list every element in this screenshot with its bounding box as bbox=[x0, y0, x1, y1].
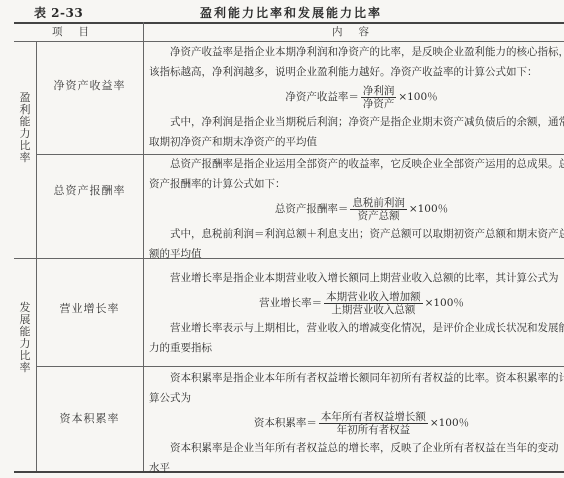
header-item: 项目 bbox=[14, 24, 143, 41]
item-roa: 总资产报酬率 bbox=[36, 182, 143, 198]
paragraph: 净资产收益率是指企业本期净利润和净资产的比率，是反映企业盈利能力的核心指标， bbox=[149, 42, 564, 62]
content-revenue-growth: 营业增长率是指企业本期营业收入增长额同上期营业收入总额的比率，其计算公式为 营业… bbox=[149, 268, 564, 358]
paragraph: 营业增长率表示与上期相比，营业收入的增减变化情况，是评价企业成长状况和发展能 bbox=[149, 318, 564, 338]
paragraph: 该指标越高，净利润越多，说明企业盈利能力越好。净资产收益率的计算公式如下： bbox=[149, 62, 564, 82]
formula: 总资产报酬率＝ 息税前利润资产总额 ×100％ bbox=[149, 194, 564, 224]
item-capital-accumulation: 资本积累率 bbox=[36, 410, 143, 426]
category-label-profitability: 盈利能力比率 bbox=[14, 92, 36, 164]
table-title: 盈利能力比率和发展能力比率 bbox=[200, 4, 382, 21]
paragraph: 算公式为 bbox=[149, 388, 564, 408]
paragraph: 资产报酬率的计算公式如下： bbox=[149, 174, 564, 194]
paragraph: 额的平均值 bbox=[149, 244, 564, 264]
row-divider bbox=[36, 366, 564, 367]
content-roe: 净资产收益率是指企业本期净利润和净资产的比率，是反映企业盈利能力的核心指标， 该… bbox=[149, 42, 564, 152]
paragraph: 式中，净利润是指企业当期税后利润；净资产是指企业期末资产减负债后的余额，通常 bbox=[149, 112, 564, 132]
formula: 营业增长率＝ 本期营业收入增加额上期营业收入总额 ×100％ bbox=[149, 288, 564, 318]
content-capital-accumulation: 资本积累率是指企业本年所有者权益增长额同年初所有者权益的比率。资本积累率的计 算… bbox=[149, 368, 564, 478]
content-roa: 总资产报酬率是指企业运用全部资产的收益率，它反映企业全部资产运用的总成果。总 资… bbox=[149, 154, 564, 264]
paragraph: 总资产报酬率是指企业运用全部资产的收益率，它反映企业全部资产运用的总成果。总 bbox=[149, 154, 564, 174]
paragraph: 水平 bbox=[149, 458, 564, 478]
header-content: 内容 bbox=[143, 24, 564, 41]
formula: 净资产收益率＝ 净利润净资产 ×100％ bbox=[149, 82, 564, 112]
table-number: 表 2-33 bbox=[34, 4, 83, 21]
category-column-divider bbox=[36, 41, 37, 471]
paragraph: 营业增长率是指企业本期营业收入增长额同上期营业收入总额的比率，其计算公式为 bbox=[149, 268, 564, 288]
table-caption: 表 2-33 盈利能力比率和发展能力比率 bbox=[0, 4, 564, 20]
category-label-growth: 发展能力比率 bbox=[14, 302, 36, 374]
formula: 资本积累率＝ 本年所有者权益增长额年初所有者权益 ×100％ bbox=[149, 408, 564, 438]
paragraph: 力的重要指标 bbox=[149, 338, 564, 358]
item-column-divider bbox=[143, 22, 144, 471]
item-roe: 净资产收益率 bbox=[36, 77, 143, 93]
paragraph: 式中，息税前利润＝利润总额＋利息支出；资产总额可以取期初资产总额和期末资产总 bbox=[149, 224, 564, 244]
paragraph: 取期初净资产和期末净资产的平均值 bbox=[149, 132, 564, 152]
paragraph: 资本积累率是企业当年所有者权益总的增长率，反映了企业所有者权益在当年的变动 bbox=[149, 438, 564, 458]
paragraph: 资本积累率是指企业本年所有者权益增长额同年初所有者权益的比率。资本积累率的计 bbox=[149, 368, 564, 388]
ratio-table: 项目 内容 盈利能力比率 发展能力比率 净资产收益率 总资产报酬率 营业增长率 … bbox=[14, 22, 564, 473]
item-revenue-growth: 营业增长率 bbox=[36, 300, 143, 316]
